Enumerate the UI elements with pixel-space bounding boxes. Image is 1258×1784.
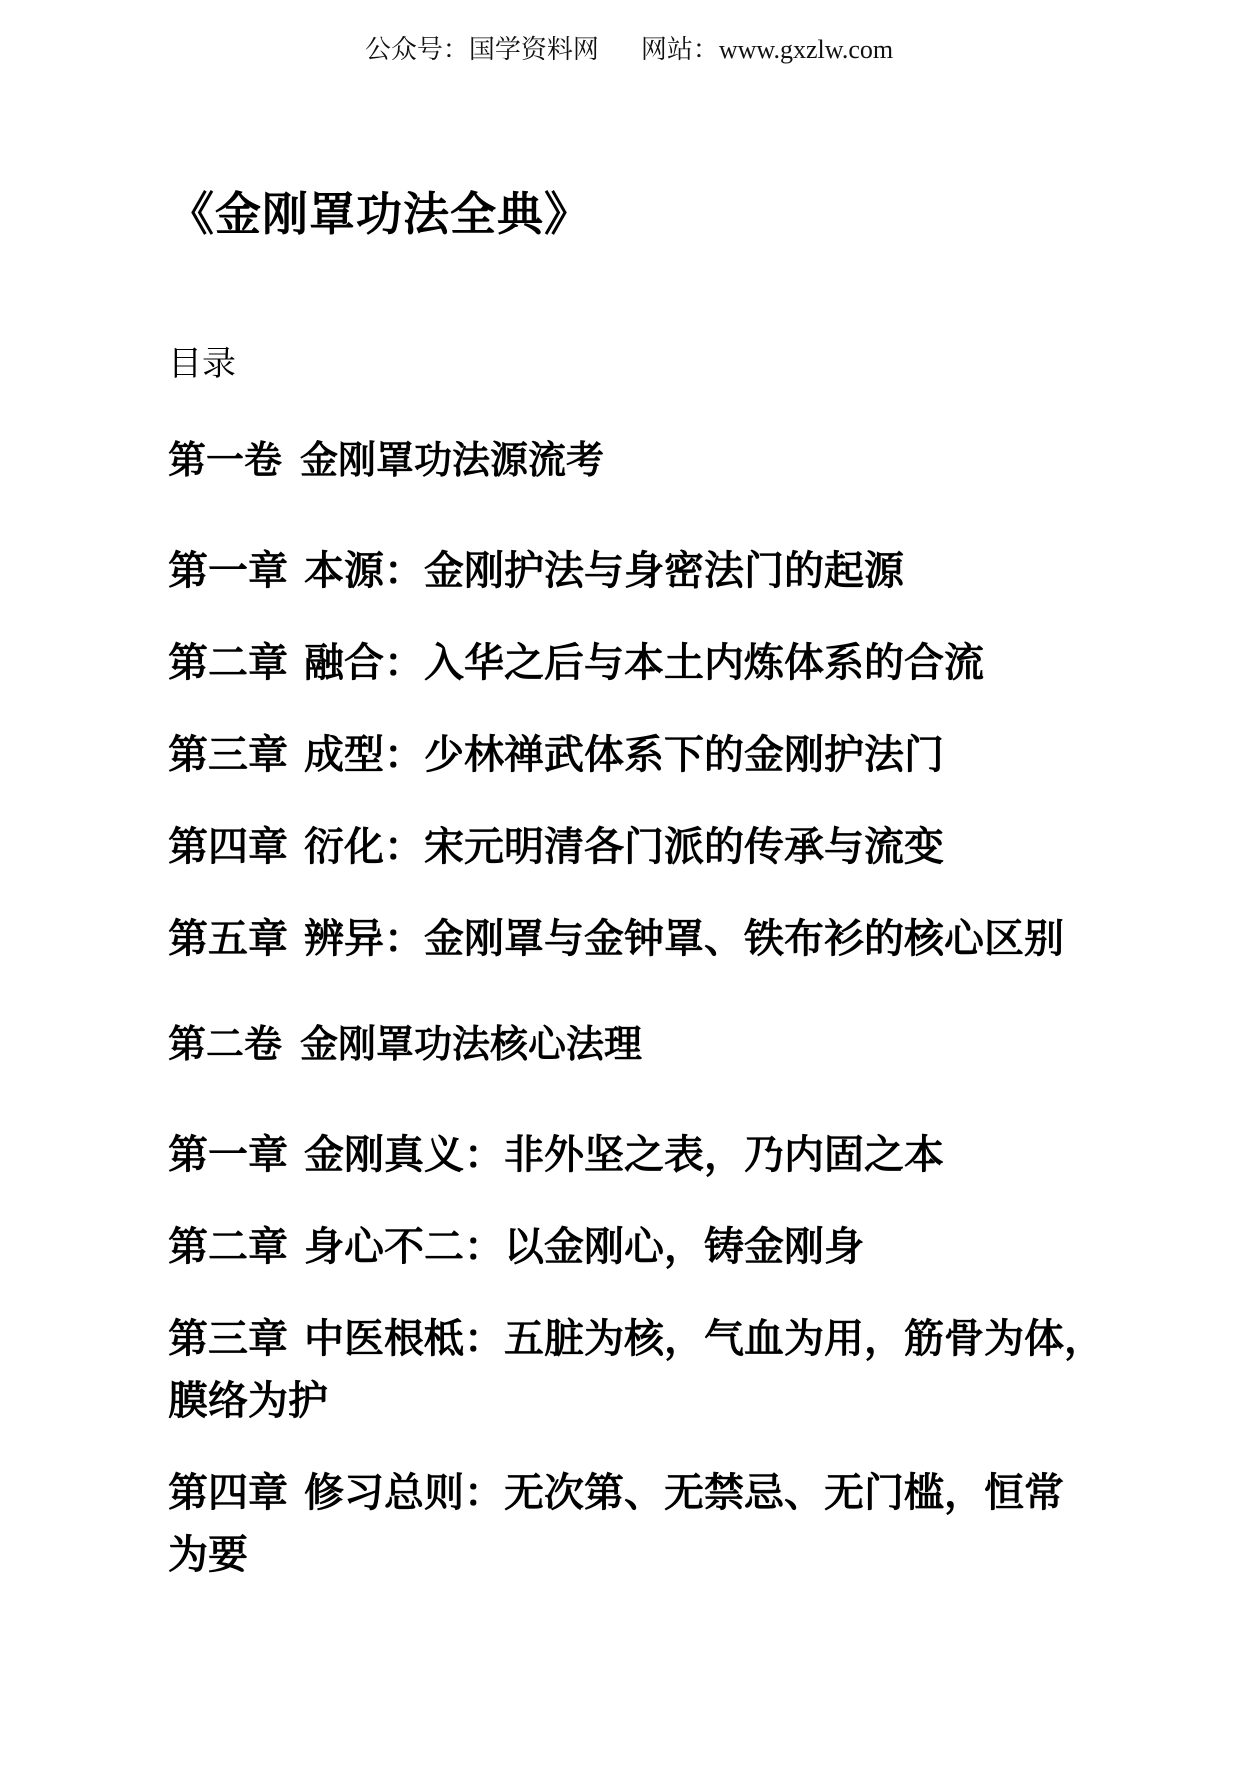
chapter-label: 第一章 bbox=[168, 548, 288, 593]
volume-label: 第二卷 bbox=[168, 1024, 282, 1066]
toc-chapter-item: 第一章本源：金刚护法与身密法门的起源 bbox=[168, 540, 1140, 602]
header-account-text: 公众号：国学资料网 bbox=[365, 35, 599, 64]
volume-heading-1: 第一卷金刚罩功法源流考 bbox=[168, 438, 1140, 484]
chapter-title: 修习总则：无次第、无禁忌、无门槛，恒常 bbox=[304, 1470, 1064, 1515]
toc-content: 《金刚罩功法全典》 目录 第一卷金刚罩功法源流考 第一章本源：金刚护法与身密法门… bbox=[0, 186, 1258, 1586]
page-header: 公众号：国学资料网网站：www.gxzlw.com bbox=[0, 0, 1258, 66]
chapter-label: 第一章 bbox=[168, 1132, 288, 1177]
chapter-label: 第三章 bbox=[168, 1316, 288, 1361]
chapter-title: 身心不二：以金刚心，铸金刚身 bbox=[304, 1224, 864, 1269]
chapter-label: 第四章 bbox=[168, 824, 288, 869]
document-title: 《金刚罩功法全典》 bbox=[168, 186, 1140, 244]
chapter-label: 第三章 bbox=[168, 732, 288, 777]
header-website-text: 网站：www.gxzlw.com bbox=[641, 35, 893, 64]
chapter-label: 第二章 bbox=[168, 1224, 288, 1269]
toc-chapter-item: 第三章中医根柢：五脏为核，气血为用，筋骨为体，膜络为护 bbox=[168, 1308, 1140, 1432]
toc-chapter-item: 第四章衍化：宋元明清各门派的传承与流变 bbox=[168, 816, 1140, 878]
chapter-title: 衍化：宋元明清各门派的传承与流变 bbox=[304, 824, 944, 869]
toc-chapter-item: 第二章身心不二：以金刚心，铸金刚身 bbox=[168, 1216, 1140, 1278]
chapter-title-continued: 为要 bbox=[168, 1524, 1140, 1586]
volume-title: 金刚罩功法核心法理 bbox=[300, 1024, 642, 1066]
chapter-label: 第四章 bbox=[168, 1470, 288, 1515]
chapter-title: 辨异：金刚罩与金钟罩、铁布衫的核心区别 bbox=[304, 916, 1064, 961]
chapter-title: 本源：金刚护法与身密法门的起源 bbox=[304, 548, 904, 593]
chapter-label: 第五章 bbox=[168, 916, 288, 961]
toc-chapter-item: 第五章辨异：金刚罩与金钟罩、铁布衫的核心区别 bbox=[168, 908, 1140, 970]
toc-chapter-item: 第二章融合：入华之后与本土内炼体系的合流 bbox=[168, 632, 1140, 694]
chapter-title: 成型：少林禅武体系下的金刚护法门 bbox=[304, 732, 944, 777]
chapter-title: 融合：入华之后与本土内炼体系的合流 bbox=[304, 640, 984, 685]
volume-title: 金刚罩功法源流考 bbox=[300, 440, 604, 482]
chapter-label: 第二章 bbox=[168, 640, 288, 685]
toc-chapter-item: 第一章金刚真义：非外坚之表，乃内固之本 bbox=[168, 1124, 1140, 1186]
document-page: 公众号：国学资料网网站：www.gxzlw.com 《金刚罩功法全典》 目录 第… bbox=[0, 0, 1258, 1784]
chapter-title: 中医根柢：五脏为核，气血为用，筋骨为体， bbox=[304, 1316, 1104, 1361]
toc-chapter-item: 第三章成型：少林禅武体系下的金刚护法门 bbox=[168, 724, 1140, 786]
volume-label: 第一卷 bbox=[168, 440, 282, 482]
toc-heading: 目录 bbox=[168, 344, 1140, 386]
toc-chapter-item: 第四章修习总则：无次第、无禁忌、无门槛，恒常为要 bbox=[168, 1462, 1140, 1586]
chapter-title-continued: 膜络为护 bbox=[168, 1370, 1140, 1432]
volume-heading-2: 第二卷金刚罩功法核心法理 bbox=[168, 1022, 1140, 1068]
chapter-title: 金刚真义：非外坚之表，乃内固之本 bbox=[304, 1132, 944, 1177]
